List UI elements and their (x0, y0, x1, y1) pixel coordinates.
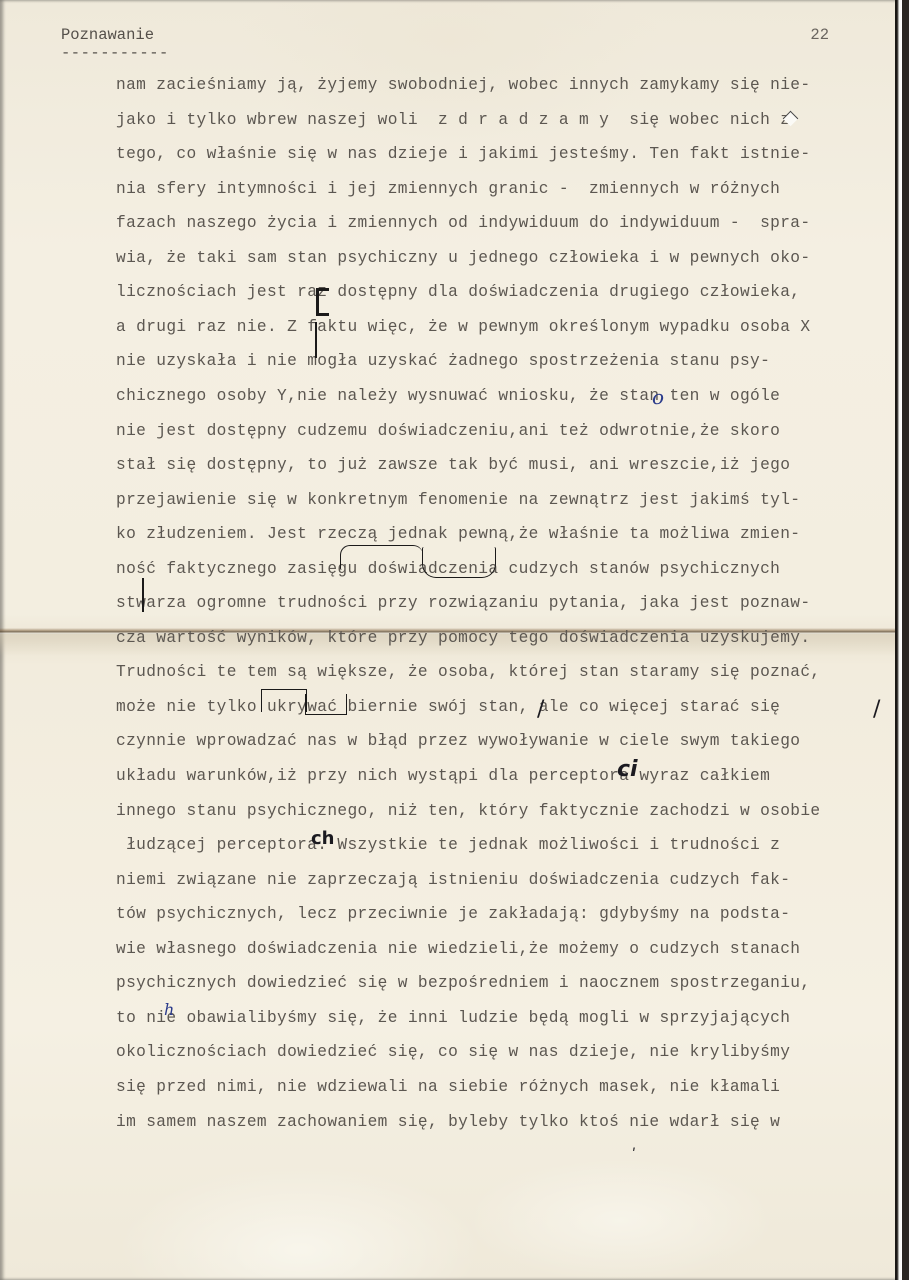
text-line: innego stanu psychicznego, niż ten, któr… (116, 801, 821, 821)
text-line: licznościach jest raz dostępny dla doświ… (116, 282, 800, 302)
text-line: stał się dostępny, to już zawsze tak być… (116, 455, 790, 475)
text-line: nia sfery intymności i jej zmiennych gra… (116, 179, 780, 199)
text-line: niemi związane nie zaprzeczają istnieniu… (116, 870, 790, 890)
text-line: wie własnego doświadczenia nie wiedzieli… (116, 939, 800, 959)
text-line: jako i tylko wbrew naszej woli z d r a d… (116, 110, 790, 130)
correction-bracket-raz (316, 288, 329, 316)
handwritten-h-psychicznego: ch (311, 828, 334, 849)
text-line: łudzącej perceptora. Wszystkie te jednak… (116, 835, 780, 855)
text-line: tego, co właśnie się w nas dzieje i jaki… (116, 144, 810, 164)
text-line: się przed nimi, nie wdziewali na siebie … (116, 1077, 780, 1097)
scan-edge (895, 0, 902, 1280)
header-rule: ----------- (61, 44, 169, 62)
running-header: Poznawanie (61, 26, 154, 44)
text-line: nie jest dostępny cudzemu doświadczeniu,… (116, 421, 780, 441)
handwritten-h-psychicznych: h (164, 1000, 174, 1019)
text-line: czynnie wprowadzać nas w błąd przez wywo… (116, 731, 800, 751)
handwritten-ci-ciele: ci (617, 757, 638, 782)
circled-rzecza (340, 545, 423, 570)
text-line: fazach naszego życia i zmiennych od indy… (116, 213, 810, 233)
page-number: 22 (810, 26, 829, 44)
text-line: okolicznościach dowiedzieć się, co się w… (116, 1042, 790, 1062)
circled-jednak (422, 547, 496, 578)
text-line: im samem naszem zachowaniem się, byleby … (116, 1112, 780, 1132)
text-line: tów psychicznych, lecz przeciwnie je zak… (116, 904, 790, 924)
text-line: stwarza ogromne trudności przy rozwiązan… (116, 593, 810, 613)
accent-mark-ktos: ʹ (632, 1147, 636, 1163)
text-line: nam zacieśniamy ją, żyjemy swobodniej, w… (116, 75, 810, 95)
insertion-mark-z-faktu (315, 322, 317, 358)
text-line: może nie tylko ukrywać biernie swój stan… (116, 697, 780, 717)
text-line: wia, że taki sam stan psychiczny u jedne… (116, 248, 810, 268)
text-line: przejawienie się w konkretnym fenomenie … (116, 490, 800, 510)
boxed-sa (305, 694, 347, 715)
handwritten-o-wniosku: o (652, 385, 664, 409)
boxed-tem (261, 689, 307, 712)
scanned-page: Poznawanie ----------- 22 nam zacieśniam… (0, 0, 902, 1280)
page-header: Poznawanie ----------- 22 (61, 26, 841, 66)
text-line: układu warunków,iż przy nich wystąpi dla… (116, 766, 770, 786)
text-line: chicznego osoby Y,nie należy wysnuwać wn… (116, 386, 780, 406)
text-line: to nie obawialibyśmy się, że inni ludzie… (116, 1008, 790, 1028)
text-line: nie uzyskała i nie mogła uzyskać żadnego… (116, 351, 770, 371)
text-line: psychicznych dowiedzieć się w bezpośredn… (116, 973, 810, 993)
text-line: cza wartość wyników, które przy pomocy t… (116, 628, 810, 648)
insertion-mark-nosc (142, 578, 144, 612)
text-line: a drugi raz nie. Z faktu więc, że w pewn… (116, 317, 810, 337)
text-line: Trudności te tem są większe, że osoba, k… (116, 662, 821, 682)
comma-mark-osoba: / (537, 697, 544, 722)
comma-mark-poznac: / (873, 697, 880, 722)
text-line: ko złudzeniem. Jest rzeczą jednak pewną,… (116, 524, 800, 544)
